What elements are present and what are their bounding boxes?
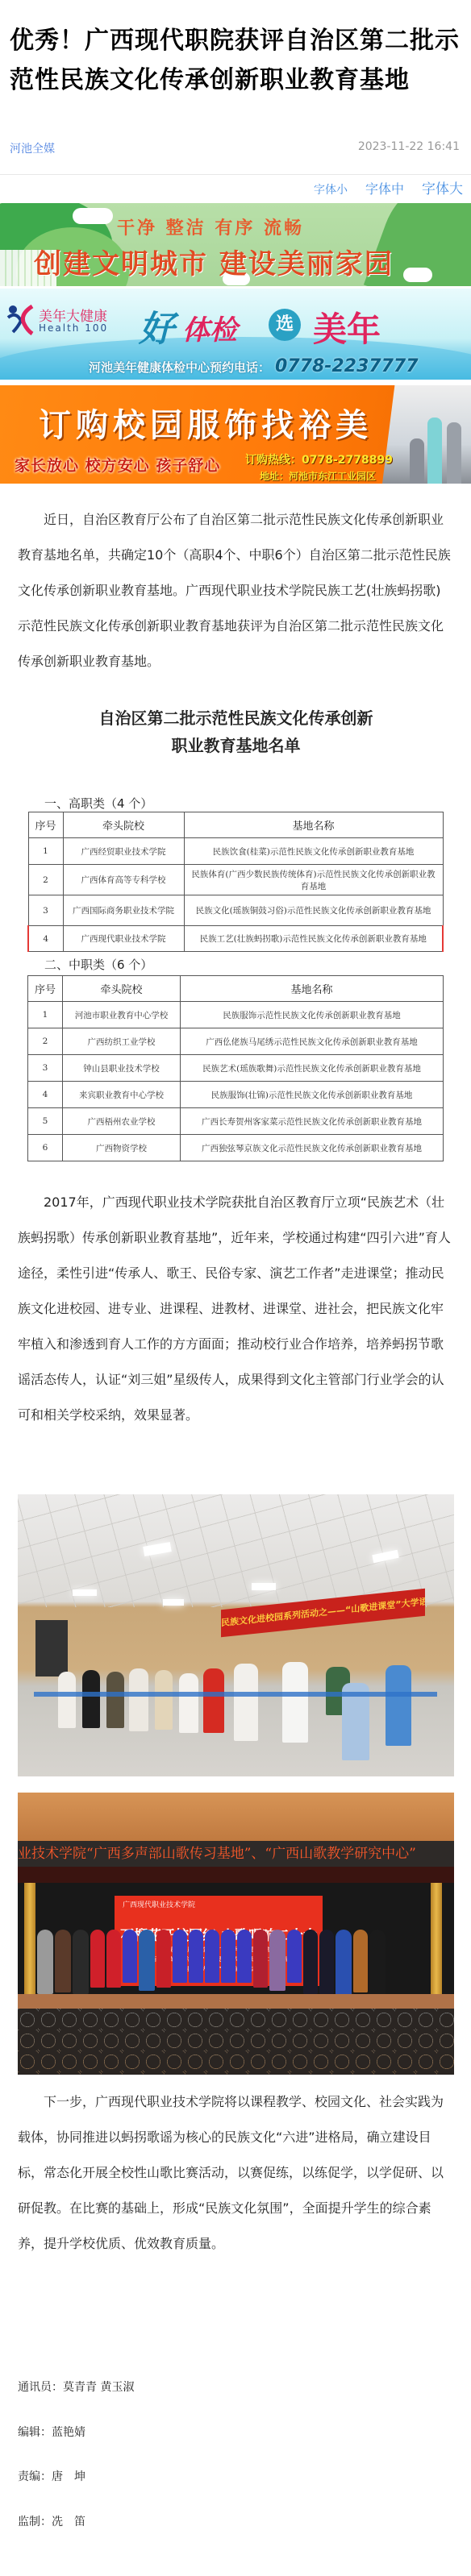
curtain-drape [24, 1883, 35, 2004]
cell-no: 1 [28, 838, 63, 865]
ad-line1: 干净 整洁 有序 流畅 [117, 214, 471, 239]
col-header-school: 牵头院校 [63, 812, 184, 838]
person-figure [173, 1930, 187, 1983]
source-link[interactable]: 河池全媒 [10, 140, 55, 156]
cell-base: 广西仫佬族马尾绣示范性民族文化传承创新职业教育基地 [181, 1028, 444, 1055]
base-list-image: 自治区第二批示范性民族文化传承创新 职业教育基地名单 一、高职类（4 个） 序号… [18, 695, 454, 1178]
article-paragraph: 下一步，广西现代职业技术学院将以课程教学、校园文化、社会实践为载体，协同推进以蚂… [18, 2084, 453, 2262]
table-row: 3 钟山县职业技术学校 民族艺术(瑶族歌舞)示范性民族文化传承创新职业教育基地 [28, 1055, 444, 1082]
cell-school: 来宾职业教育中心学校 [63, 1082, 181, 1108]
cell-no: 3 [28, 895, 63, 926]
cell-no: 1 [28, 1002, 63, 1028]
table-row: 2 广西体育高等专科学校 民族体育(广西少数民族传统体育)示范性民族文化传承创新… [28, 865, 443, 895]
list-title: 自治区第二批示范性民族文化传承创新 职业教育基地名单 [18, 704, 454, 759]
classroom-photo: 民族文化进校园系列活动之——“山歌进课堂”大学语文公开示范课 [18, 1494, 454, 1776]
wall [18, 1793, 454, 1841]
table-row-highlighted: 4 广西现代职业技术学院 民族工艺(壮族蚂拐歌)示范性民族文化传承创新职业教育基… [28, 926, 443, 952]
phone-number: 0778-2237777 [275, 356, 419, 376]
credit-editor: 编辑：蓝艳婧 [18, 2424, 85, 2440]
cell-base: 广西独弦琴京族文化示范性民族文化传承创新职业教育基地 [181, 1135, 444, 1161]
person-figure [90, 1930, 105, 1988]
section-heading-higher: 一、高职类（4 个） [44, 795, 152, 812]
cell-base: 民族饮食(桂菜)示范性民族文化传承创新职业教育基地 [184, 838, 443, 865]
font-size-large-button[interactable]: 字体大 [422, 177, 463, 197]
ad-hotline: 订购热线：0778-2778899 [245, 451, 393, 467]
cell-school: 广西经贸职业技术学院 [63, 838, 184, 865]
table-row: 4 来宾职业教育中心学校 民族服饰(壮锦)示范性民族文化传承创新职业教育基地 [28, 1082, 444, 1108]
person-figure [221, 1930, 235, 1983]
table-row: 1 广西经贸职业技术学院 民族饮食(桂菜)示范性民族文化传承创新职业教育基地 [28, 838, 443, 865]
cell-school: 河池市职业教育中心学校 [63, 1002, 181, 1028]
person-figure [237, 1930, 252, 1983]
person-figure [73, 1930, 89, 1994]
stage-curtain [18, 1867, 454, 1883]
cell-school: 广西物资学校 [63, 1135, 181, 1161]
slogan-hao: 好 [139, 300, 174, 351]
cell-no: 2 [28, 865, 63, 895]
font-size-small-button[interactable]: 字体小 [314, 181, 348, 197]
cell-no: 3 [28, 1055, 63, 1082]
slogan-tijian: 体检 [182, 308, 237, 347]
cell-school: 广西体育高等专科学校 [63, 865, 184, 895]
col-header-no: 序号 [28, 976, 63, 1002]
table-row: 1 河池市职业教育中心学校 民族服饰示范性民族文化传承创新职业教育基地 [28, 1002, 444, 1028]
table-row: 2 广西纺织工业学校 广西仫佬族马尾绣示范性民族文化传承创新职业教育基地 [28, 1028, 444, 1055]
student-figure [58, 1672, 76, 1728]
cell-no: 4 [28, 1082, 63, 1108]
booking-phone: 河池美年健康体检中心预约电话：0778-2237777 [89, 356, 419, 376]
credit-supervisor: 监制：冼 笛 [18, 2513, 85, 2529]
table-row: 6 广西物资学校 广西独弦琴京族文化示范性民族文化传承创新职业教育基地 [28, 1135, 444, 1161]
person-figure [156, 1930, 171, 1988]
cell-base: 民族文化(瑶族铜鼓习俗)示范性民族文化传承创新职业教育基地 [184, 895, 443, 926]
seated-students [26, 1656, 445, 1760]
cell-no: 6 [28, 1135, 63, 1161]
header-divider [0, 174, 471, 175]
curtain-drape [431, 1883, 442, 2004]
cell-school: 钟山县职业技术学校 [63, 1055, 181, 1082]
person-figure [269, 1930, 286, 1991]
cell-no: 2 [28, 1028, 63, 1055]
cell-base: 民族体育(广西少数民族传统体育)示范性民族文化传承创新职业教育基地 [184, 865, 443, 895]
ad-address: 地址：河池市东江工业园区 [260, 469, 376, 483]
stage-ceremony-photo: 业技术学院“广西多声部山歌传习基地”、“广西山歌教学研究中心” 广西现代职业技术… [18, 1793, 454, 2075]
cell-school: 广西现代职业技术学院 [63, 926, 184, 952]
led-marquee: 业技术学院“广西多声部山歌传习基地”、“广西山歌教学研究中心” [18, 1841, 454, 1867]
audience [18, 2009, 454, 2075]
secondary-vocational-table: 序号 牵头院校 基地名称 1 河池市职业教育中心学校 民族服饰示范性民族文化传承… [27, 975, 444, 1161]
person-figure [369, 1930, 386, 1996]
cell-no: 4 [28, 926, 63, 952]
article-paragraph: 2017年，广西现代职业技术学院获批自治区教育厅立项“民族艺术（壮族蚂拐歌）传承… [18, 1185, 453, 1433]
person-figure [139, 1930, 155, 1991]
stage-floor [18, 1994, 454, 2010]
col-header-base: 基地名称 [181, 976, 444, 1002]
phone-label: 河池美年健康体检中心预约电话： [89, 360, 270, 375]
civilized-city-ad-banner[interactable]: 干净 整洁 有序 流畅 创建文明城市 建设美丽家园 [0, 203, 471, 286]
cell-school: 广西纺织工业学校 [63, 1028, 181, 1055]
cell-school: 广西梧州农业学校 [63, 1108, 181, 1135]
person-figure [319, 1930, 334, 1994]
cell-base: 民族服饰示范性民族文化传承创新职业教育基地 [181, 1002, 444, 1028]
student-figure [155, 1670, 173, 1730]
ceiling-light [163, 1599, 184, 1606]
table-row: 3 广西国际商务职业技术学院 民族文化(瑶族铜鼓习俗)示范性民族文化传承创新职业… [28, 895, 443, 926]
student-figure [179, 1673, 198, 1733]
person-figure [55, 1930, 71, 1992]
meinian-logo-icon [6, 303, 35, 335]
cell-base: 民族服饰(壮锦)示范性民族文化传承创新职业教育基地 [181, 1082, 444, 1108]
slogan-meinian: 美年 [313, 303, 381, 351]
brand-name-en: Health 100 [39, 322, 108, 334]
list-title-line2: 职业教育基地名单 [18, 732, 454, 759]
yumei-uniform-ad-banner[interactable]: 订购校园服饰找裕美 家长放心 校方安心 孩子舒心 订购热线：0778-27788… [0, 385, 471, 484]
cell-base: 民族艺术(瑶族歌舞)示范性民族文化传承创新职业教育基地 [181, 1055, 444, 1082]
desk-row [34, 1692, 437, 1697]
cell-base: 广西长寿贺州客家菜示范性民族文化传承创新职业教育基地 [181, 1108, 444, 1135]
student-figure [106, 1672, 124, 1728]
student-figure [386, 1665, 411, 1746]
student-figure [203, 1668, 224, 1733]
student-figure [282, 1662, 308, 1743]
cloud-decoration [73, 208, 113, 224]
table-header: 序号 牵头院校 基地名称 [28, 976, 444, 1002]
person-figure [123, 1930, 137, 1983]
cell-school: 广西国际商务职业技术学院 [63, 895, 184, 926]
list-title-line1: 自治区第二批示范性民族文化传承创新 [18, 704, 454, 732]
credit-chief-editor: 责编：唐 坤 [18, 2468, 85, 2484]
cell-no: 5 [28, 1108, 63, 1135]
article-paragraph: 近日，自治区教育厅公布了自治区第二批示范性民族文化传承创新职业教育基地名单，共确… [18, 502, 453, 679]
publish-datetime: 2023-11-22 16:41 [358, 140, 460, 153]
credit-reporter: 通讯员：莫青青 黄玉淑 [18, 2379, 134, 2395]
cell-base: 民族工艺(壮族蚂拐歌)示范性民族文化传承创新职业教育基地 [184, 926, 443, 952]
person-figure [353, 1930, 368, 1992]
table-header: 序号 牵头院校 基地名称 [28, 812, 443, 838]
ad-headline: 订购校园服饰找裕美 [39, 400, 455, 446]
slogan-xuan-badge: 选 [269, 309, 301, 341]
ad-line2: 创建文明城市 建设美丽家园 [34, 242, 450, 281]
person-figure [336, 1930, 352, 1996]
col-header-base: 基地名称 [184, 812, 443, 838]
student-figure [129, 1668, 148, 1731]
higher-vocational-table: 序号 牵头院校 基地名称 1 广西经贸职业技术学院 民族饮食(桂菜)示范性民族文… [27, 812, 444, 952]
font-size-medium-button[interactable]: 字体中 [365, 179, 404, 197]
screen-logo: 广西现代职业技术学院 [115, 1896, 323, 1913]
person-figure [106, 1930, 121, 1988]
person-figure [287, 1930, 302, 1983]
col-header-no: 序号 [28, 812, 63, 838]
ceiling-light [73, 1589, 97, 1596]
meinian-health-ad-banner[interactable]: 美年大健康 Health 100 好 体检 选 美年 河池美年健康体检中心预约电… [0, 289, 471, 380]
student-figure [82, 1670, 100, 1728]
font-size-switcher: 字体小 字体中 字体大 [314, 177, 463, 197]
person-figure [253, 1930, 268, 1988]
col-header-school: 牵头院校 [63, 976, 181, 1002]
table-row: 5 广西梧州农业学校 广西长寿贺州客家菜示范性民族文化传承创新职业教育基地 [28, 1108, 444, 1135]
person-figure [205, 1930, 219, 1983]
person-figure [189, 1930, 203, 1983]
person-figure [37, 1930, 53, 1994]
student-figure [234, 1664, 258, 1741]
person-figure [303, 1930, 318, 1994]
section-heading-secondary: 二、中职类（6 个） [44, 956, 152, 973]
article-title: 优秀！广西现代职院获评自治区第二批示范性民族文化传承创新职业教育基地 [10, 21, 465, 100]
ceiling-light [252, 1583, 276, 1590]
